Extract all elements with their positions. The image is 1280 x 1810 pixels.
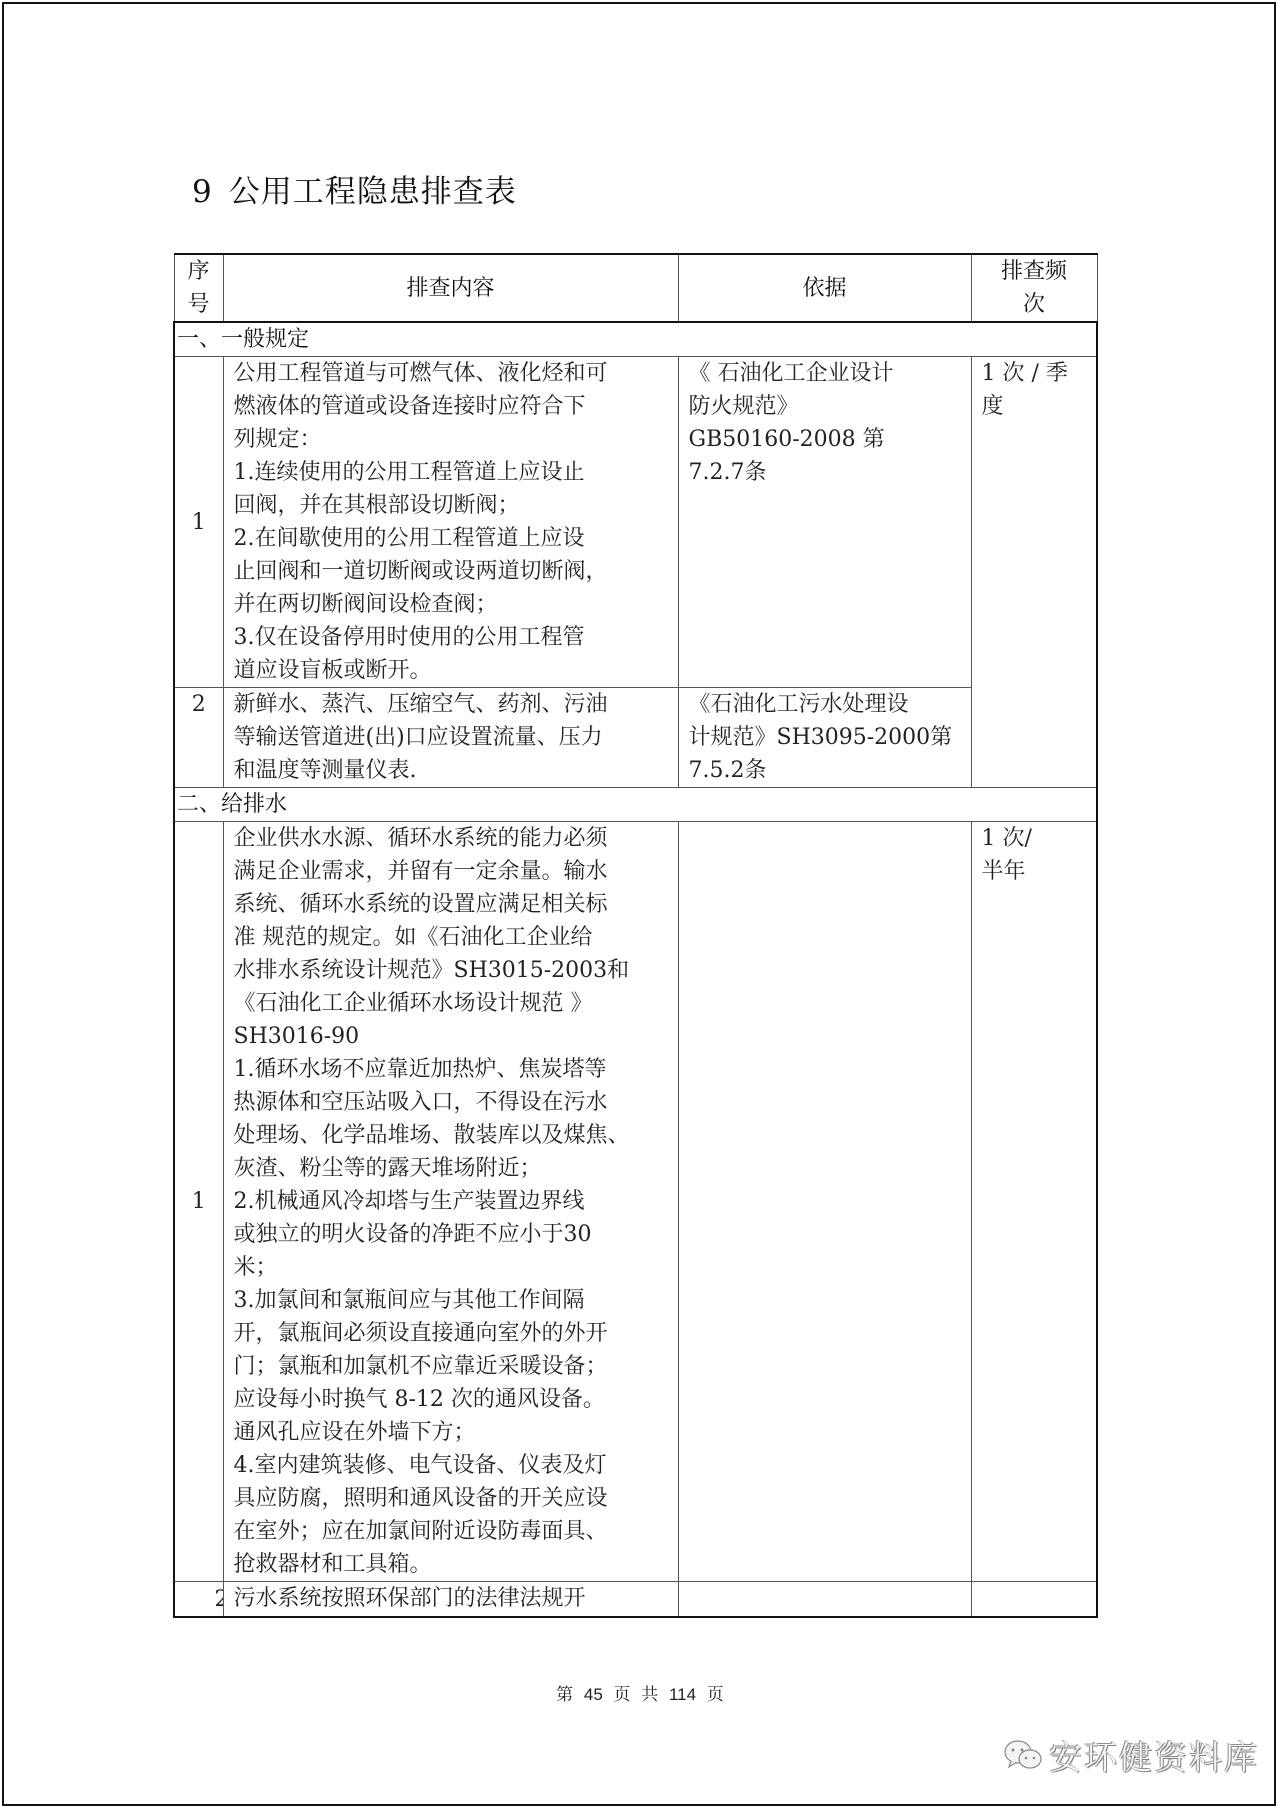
content-line: 4.室内建筑装修、电气设备、仪表及灯: [234, 1449, 670, 1482]
table-header-row: 序 号 排查内容 依据 排查频 次: [174, 254, 1097, 322]
content-line: 系统、循环水系统的设置应满足相关标: [234, 888, 670, 921]
row-seq: 1: [174, 357, 223, 688]
row-basis: 《 石油化工企业设计 防火规范》 GB50160-2008 第 7.2.7条: [678, 357, 971, 688]
frequency-line: 1 次 / 季: [982, 357, 1091, 390]
row-basis: 《石油化工污水处理设 计规范》SH3095-2000第 7.5.2条: [678, 688, 971, 788]
basis-line: 防火规范》: [689, 390, 963, 423]
content-line: 道应设盲板或断开。: [234, 654, 670, 687]
header-seq: 序 号: [174, 254, 223, 322]
content-line: 新鲜水、蒸汽、压缩空气、药剂、污油: [234, 688, 670, 721]
content-line: 米；: [234, 1251, 670, 1284]
frequency-line: 半年: [982, 855, 1091, 888]
content-line: 公用工程管道与可燃气体、液化烃和可: [234, 357, 670, 390]
row-frequency: 1 次 / 季 度: [971, 357, 1097, 788]
title-text: 公用工程隐患排查表: [229, 174, 517, 210]
header-frequency: 排查频 次: [971, 254, 1097, 322]
section-number: 9: [192, 174, 213, 210]
row-frequency: 1 次/ 半年: [971, 822, 1097, 1582]
frequency-line: 度: [982, 390, 1091, 423]
header-content: 排查内容: [223, 254, 678, 322]
content-line: 2.在间歇使用的公用工程管道上应设: [234, 522, 670, 555]
basis-line: 7.2.7条: [689, 456, 963, 489]
content-line: 准 规范的规定。如《石油化工企业给: [234, 921, 670, 954]
content-line: 等输送管道进(出)口应设置流量、压力: [234, 721, 670, 754]
basis-line: 7.5.2条: [689, 754, 963, 787]
content-line: 处理场、化学品堆场、散装库以及煤焦、: [234, 1119, 670, 1152]
table-row: 1 公用工程管道与可燃气体、液化烃和可 燃液体的管道或设备连接时应符合下 列规定…: [174, 357, 1097, 688]
header-seq-line: 号: [175, 288, 223, 321]
page-number-footer: 第 45 页 共 114 页: [0, 1680, 1280, 1705]
content-line: 《石油化工企业循环水场设计规范 》: [234, 987, 670, 1020]
content-line: 灰渣、粉尘等的露天堆场附近；: [234, 1152, 670, 1185]
wechat-icon: [1003, 1739, 1043, 1773]
content-line: 或独立的明火设备的净距不应小于30: [234, 1218, 670, 1251]
basis-line: 《 石油化工企业设计: [689, 357, 963, 390]
row-content: 新鲜水、蒸汽、压缩空气、药剂、污油 等输送管道进(出)口应设置流量、压力 和温度…: [223, 688, 678, 788]
frequency-line: 1 次/: [982, 822, 1091, 855]
basis-line: GB50160-2008 第: [689, 423, 963, 456]
content-line: 2.机械通风冷却塔与生产装置边界线: [234, 1185, 670, 1218]
row-seq-text: 2: [215, 1587, 224, 1612]
row-basis: [678, 822, 971, 1582]
content-line: 满足企业需求，并留有一定余量。输水: [234, 855, 670, 888]
row-seq: 2: [174, 688, 223, 788]
row-seq: 1: [174, 822, 223, 1582]
content-line: 具应防腐，照明和通风设备的开关应设: [234, 1482, 670, 1515]
content-line: 列规定：: [234, 423, 670, 456]
content-line: 污水系统按照环保部门的法律法规开: [234, 1582, 670, 1615]
content-line: 热源体和空压站吸入口，不得设在污水: [234, 1086, 670, 1119]
content-line: 水排水系统设计规范》SH3015-2003和: [234, 954, 670, 987]
table-row: 2 污水系统按照环保部门的法律法规开: [174, 1582, 1097, 1618]
content-line: 应设每小时换气 8-12 次的通风设备。: [234, 1383, 670, 1416]
content-line: 企业供水水源、循环水系统的能力必须: [234, 822, 670, 855]
row-frequency: [971, 1582, 1097, 1618]
content-line: 1.循环水场不应靠近加热炉、焦炭塔等: [234, 1053, 670, 1086]
hazard-inspection-table: 序 号 排查内容 依据 排查频 次 一、一般规定 1 公用工程管道与可燃气体、液…: [173, 253, 1098, 1618]
content-line: 并在两切断阀间设检查阀；: [234, 588, 670, 621]
watermark-text: 安环健资料库: [1049, 1732, 1259, 1779]
content-line: 门；氯瓶和加氯机不应靠近采暖设备；: [234, 1350, 670, 1383]
row-content: 污水系统按照环保部门的法律法规开: [223, 1582, 678, 1618]
section-heading-row: 二、给排水: [174, 788, 1097, 822]
content-line: 3.仅在设备停用时使用的公用工程管: [234, 621, 670, 654]
table-row: 1 企业供水水源、循环水系统的能力必须 满足企业需求，并留有一定余量。输水 系统…: [174, 822, 1097, 1582]
row-basis: [678, 1582, 971, 1618]
row-seq: 2: [174, 1582, 223, 1618]
content-line: 在室外；应在加氯间附近设防毒面具、: [234, 1515, 670, 1548]
section-heading: 二、给排水: [174, 788, 1097, 822]
header-frequency-line: 排查频: [972, 255, 1097, 288]
content-line: 开，氯瓶间必须设直接通向室外的外开: [234, 1317, 670, 1350]
content-line: 抢救器材和工具箱。: [234, 1548, 670, 1581]
section-heading-row: 一、一般规定: [174, 322, 1097, 357]
content-line: 1.连续使用的公用工程管道上应设止: [234, 456, 670, 489]
watermark: 安环健资料库: [1003, 1732, 1259, 1779]
content-line: 燃液体的管道或设备连接时应符合下: [234, 390, 670, 423]
row-content: 企业供水水源、循环水系统的能力必须 满足企业需求，并留有一定余量。输水 系统、循…: [223, 822, 678, 1582]
table-row: 2 新鲜水、蒸汽、压缩空气、药剂、污油 等输送管道进(出)口应设置流量、压力 和…: [174, 688, 1097, 788]
content-line: 回阀，并在其根部设切断阀；: [234, 489, 670, 522]
header-seq-line: 序: [175, 255, 223, 288]
content-line: SH3016-90: [234, 1020, 670, 1053]
content-line: 和温度等测量仪表.: [234, 754, 670, 787]
content-line: 3.加氯间和氯瓶间应与其他工作间隔: [234, 1284, 670, 1317]
content-line: 通风孔应设在外墙下方；: [234, 1416, 670, 1449]
row-content: 公用工程管道与可燃气体、液化烃和可 燃液体的管道或设备连接时应符合下 列规定： …: [223, 357, 678, 688]
basis-line: 计规范》SH3095-2000第: [689, 721, 963, 754]
header-basis: 依据: [678, 254, 971, 322]
section-heading: 一、一般规定: [174, 322, 1097, 357]
content-line: 止回阀和一道切断阀或设两道切断阀，: [234, 555, 670, 588]
page-title: 9公用工程隐患排查表: [192, 166, 517, 211]
header-frequency-line: 次: [972, 288, 1097, 321]
basis-line: 《石油化工污水处理设: [689, 688, 963, 721]
